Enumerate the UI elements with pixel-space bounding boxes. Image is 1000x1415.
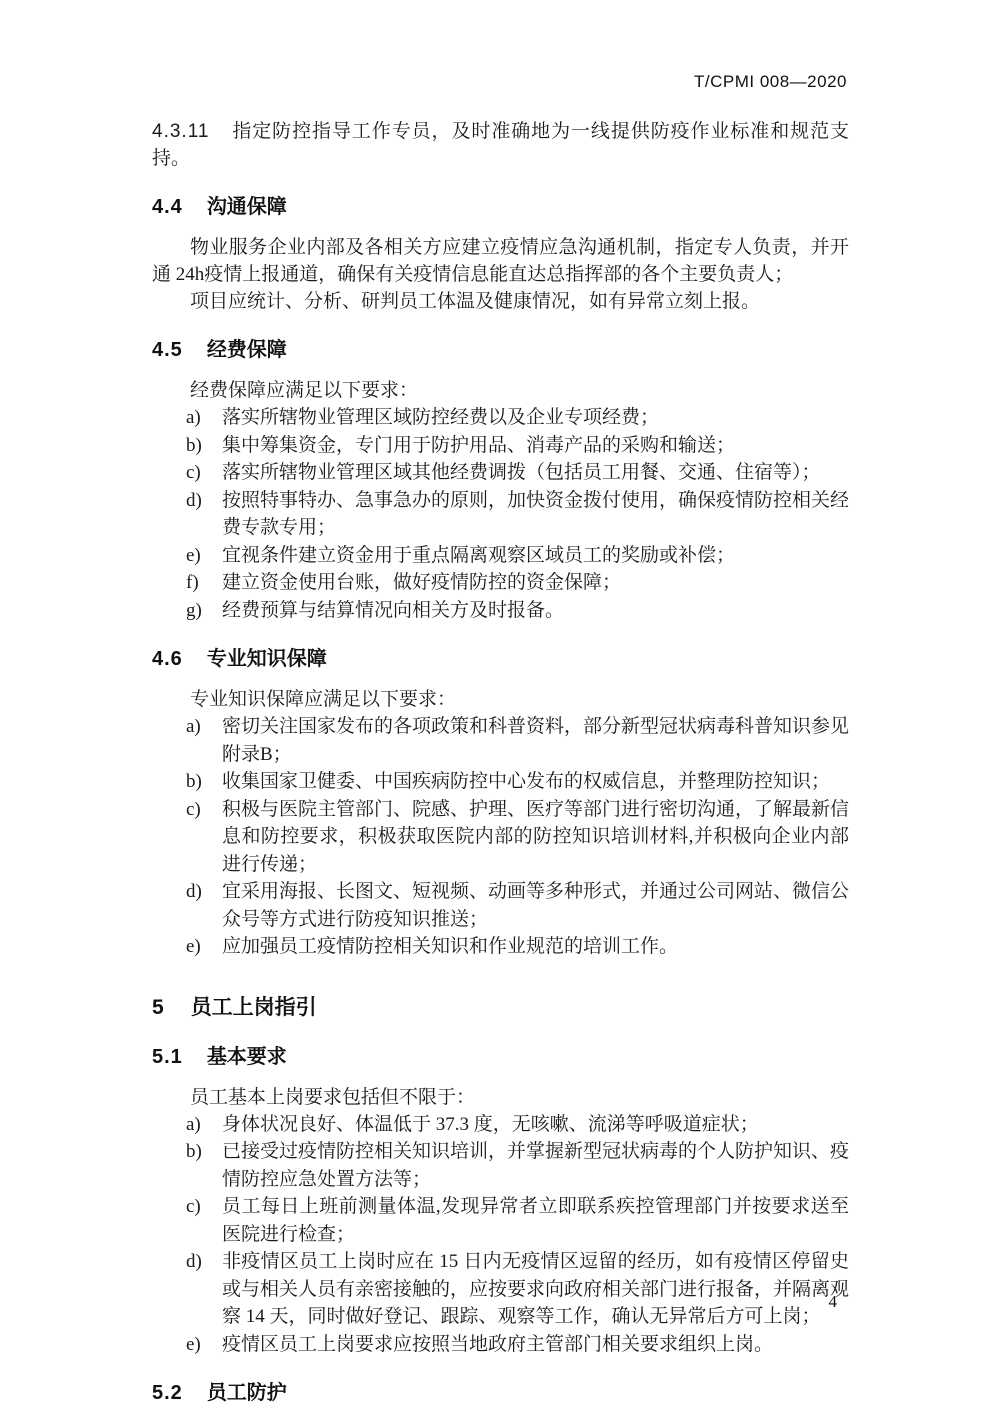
list-item-label: c) [186, 1193, 201, 1221]
list-item-text: 疫情区员工上岗要求应按照当地政府主管部门相关要求组织上岗。 [222, 1334, 773, 1355]
list-item-text: 落实所辖物业管理区域其他经费调拨（包括员工用餐、交通、住宿等）； [222, 462, 821, 483]
clause: 4.3.11指定防控指导工作专员，及时准确地为一线提供防疫作业标准和规范支持。 [152, 118, 849, 172]
page-number: 4 [829, 1292, 838, 1312]
list-item-text: 身体状况良好、体温低于 37.3 度，无咳嗽、流涕等呼吸道症状； [222, 1114, 759, 1135]
list-item: c)员工每日上班前测量体温,发现异常者立即联系疾控管理部门并按要求送至医院进行检… [152, 1193, 849, 1248]
list-item: c)积极与医院主管部门、院感、护理、医疗等部门进行密切沟通，了解最新信息和防控要… [152, 796, 849, 879]
list-item: b)已接受过疫情防控相关知识培训，并掌握新型冠状病毒的个人防护知识、疫情防控应急… [152, 1138, 849, 1193]
section-number: 4.4 [152, 196, 183, 218]
list-item-label: f) [186, 569, 199, 597]
list-item: e)宜视条件建立资金用于重点隔离观察区域员工的奖励或补偿； [152, 542, 849, 570]
list-item-text: 建立资金使用台账，做好疫情防控的资金保障； [222, 572, 621, 593]
list-item-label: c) [186, 796, 201, 824]
lettered-list: a)身体状况良好、体温低于 37.3 度，无咳嗽、流涕等呼吸道症状；b)已接受过… [152, 1111, 849, 1359]
paragraph: 物业服务企业内部及各相关方应建立疫情应急沟通机制，指定专人负责，并开通 24h疫… [152, 234, 849, 288]
standard-number-header: T/CPMI 008—2020 [694, 72, 847, 92]
list-item-label: a) [186, 1111, 201, 1139]
section-number: 5 [152, 996, 165, 1019]
list-item-label: b) [186, 432, 202, 460]
list-item: e)疫情区员工上岗要求应按照当地政府主管部门相关要求组织上岗。 [152, 1331, 849, 1359]
list-item-label: c) [186, 459, 201, 487]
list-item-text: 宜采用海报、长图文、短视频、动画等多种形式，并通过公司网站、微信公众号等方式进行… [222, 881, 849, 930]
list-item-text: 应加强员工疫情防控相关知识和作业规范的培训工作。 [222, 936, 678, 957]
list-item-label: e) [186, 933, 201, 961]
section-number: 4.6 [152, 648, 183, 670]
list-item-label: d) [186, 878, 202, 906]
list-item: a)落实所辖物业管理区域防控经费以及企业专项经费； [152, 404, 849, 432]
section-number: 5.1 [152, 1046, 183, 1068]
section-title: 基本要求 [207, 1046, 287, 1068]
clause-number: 4.3.11 [152, 121, 209, 142]
section-title: 沟通保障 [207, 196, 287, 218]
section-number: 5.2 [152, 1382, 183, 1404]
list-item-text: 员工每日上班前测量体温,发现异常者立即联系疾控管理部门并按要求送至医院进行检查； [222, 1196, 849, 1245]
list-item-label: d) [186, 487, 202, 515]
list-item: c)落实所辖物业管理区域其他经费调拨（包括员工用餐、交通、住宿等）； [152, 459, 849, 487]
section-title: 员工上岗指引 [191, 996, 317, 1019]
list-item-text: 按照特事特办、急事急办的原则，加快资金拨付使用，确保疫情防控相关经费专款专用； [222, 490, 849, 539]
list-item-label: d) [186, 1248, 202, 1276]
list-item: b)集中筹集资金，专门用于防护用品、消毒产品的采购和输送； [152, 432, 849, 460]
document-body: 4.3.11指定防控指导工作专员，及时准确地为一线提供防疫作业标准和规范支持。4… [152, 118, 849, 1415]
section-heading: 5.2员工防护 [152, 1379, 849, 1407]
list-item-text: 积极与医院主管部门、院感、护理、医疗等部门进行密切沟通，了解最新信息和防控要求，… [222, 799, 849, 875]
list-item-text: 非疫情区员工上岗时应在 15 日内无疫情区逗留的经历，如有疫情区停留史或与相关人… [222, 1251, 849, 1327]
section-heading: 4.6专业知识保障 [152, 645, 849, 673]
list-item-label: e) [186, 542, 201, 570]
section-title: 员工防护 [207, 1382, 287, 1404]
paragraph: 专业知识保障应满足以下要求： [152, 686, 849, 713]
paragraph: 员工基本上岗要求包括但不限于： [152, 1084, 849, 1111]
list-item: a)身体状况良好、体温低于 37.3 度，无咳嗽、流涕等呼吸道症状； [152, 1111, 849, 1139]
section-heading: 4.5经费保障 [152, 336, 849, 364]
list-item-text: 收集国家卫健委、中国疾病防控中心发布的权威信息，并整理防控知识； [222, 771, 830, 792]
list-item-text: 经费预算与结算情况向相关方及时报备。 [222, 600, 564, 621]
list-item-label: a) [186, 404, 201, 432]
list-item-label: b) [186, 768, 202, 796]
list-item-label: a) [186, 713, 201, 741]
list-item: b)收集国家卫健委、中国疾病防控中心发布的权威信息，并整理防控知识； [152, 768, 849, 796]
list-item: e)应加强员工疫情防控相关知识和作业规范的培训工作。 [152, 933, 849, 961]
section-title: 经费保障 [207, 339, 287, 361]
list-item-label: e) [186, 1331, 201, 1359]
section-number: 4.5 [152, 339, 183, 361]
list-item-text: 集中筹集资金，专门用于防护用品、消毒产品的采购和输送； [222, 435, 735, 456]
list-item: a)密切关注国家发布的各项政策和科普资料，部分新型冠状病毒科普知识参见附录B； [152, 713, 849, 768]
paragraph: 经费保障应满足以下要求： [152, 377, 849, 404]
list-item: g)经费预算与结算情况向相关方及时报备。 [152, 597, 849, 625]
section-heading: 5员工上岗指引 [152, 993, 849, 1022]
lettered-list: a)落实所辖物业管理区域防控经费以及企业专项经费；b)集中筹集资金，专门用于防护… [152, 404, 849, 624]
paragraph: 项目应统计、分析、研判员工体温及健康情况，如有异常立刻上报。 [152, 288, 849, 315]
list-item-text: 宜视条件建立资金用于重点隔离观察区域员工的奖励或补偿； [222, 545, 735, 566]
section-heading: 5.1基本要求 [152, 1043, 849, 1071]
list-item-label: g) [186, 597, 202, 625]
clause-text: 指定防控指导工作专员，及时准确地为一线提供防疫作业标准和规范支持。 [152, 121, 849, 169]
list-item: d)宜采用海报、长图文、短视频、动画等多种形式，并通过公司网站、微信公众号等方式… [152, 878, 849, 933]
section-title: 专业知识保障 [207, 648, 327, 670]
list-item-text: 已接受过疫情防控相关知识培训，并掌握新型冠状病毒的个人防护知识、疫情防控应急处置… [222, 1141, 849, 1190]
section-heading: 4.4沟通保障 [152, 193, 849, 221]
list-item-text: 落实所辖物业管理区域防控经费以及企业专项经费； [222, 407, 659, 428]
lettered-list: a)密切关注国家发布的各项政策和科普资料，部分新型冠状病毒科普知识参见附录B；b… [152, 713, 849, 961]
list-item: d)按照特事特办、急事急办的原则，加快资金拨付使用，确保疫情防控相关经费专款专用… [152, 487, 849, 542]
list-item-label: b) [186, 1138, 202, 1166]
list-item-text: 密切关注国家发布的各项政策和科普资料，部分新型冠状病毒科普知识参见附录B； [222, 716, 849, 765]
list-item: f)建立资金使用台账，做好疫情防控的资金保障； [152, 569, 849, 597]
document-page: T/CPMI 008—2020 4.3.11指定防控指导工作专员，及时准确地为一… [0, 0, 1000, 1415]
list-item: d)非疫情区员工上岗时应在 15 日内无疫情区逗留的经历，如有疫情区停留史或与相… [152, 1248, 849, 1331]
